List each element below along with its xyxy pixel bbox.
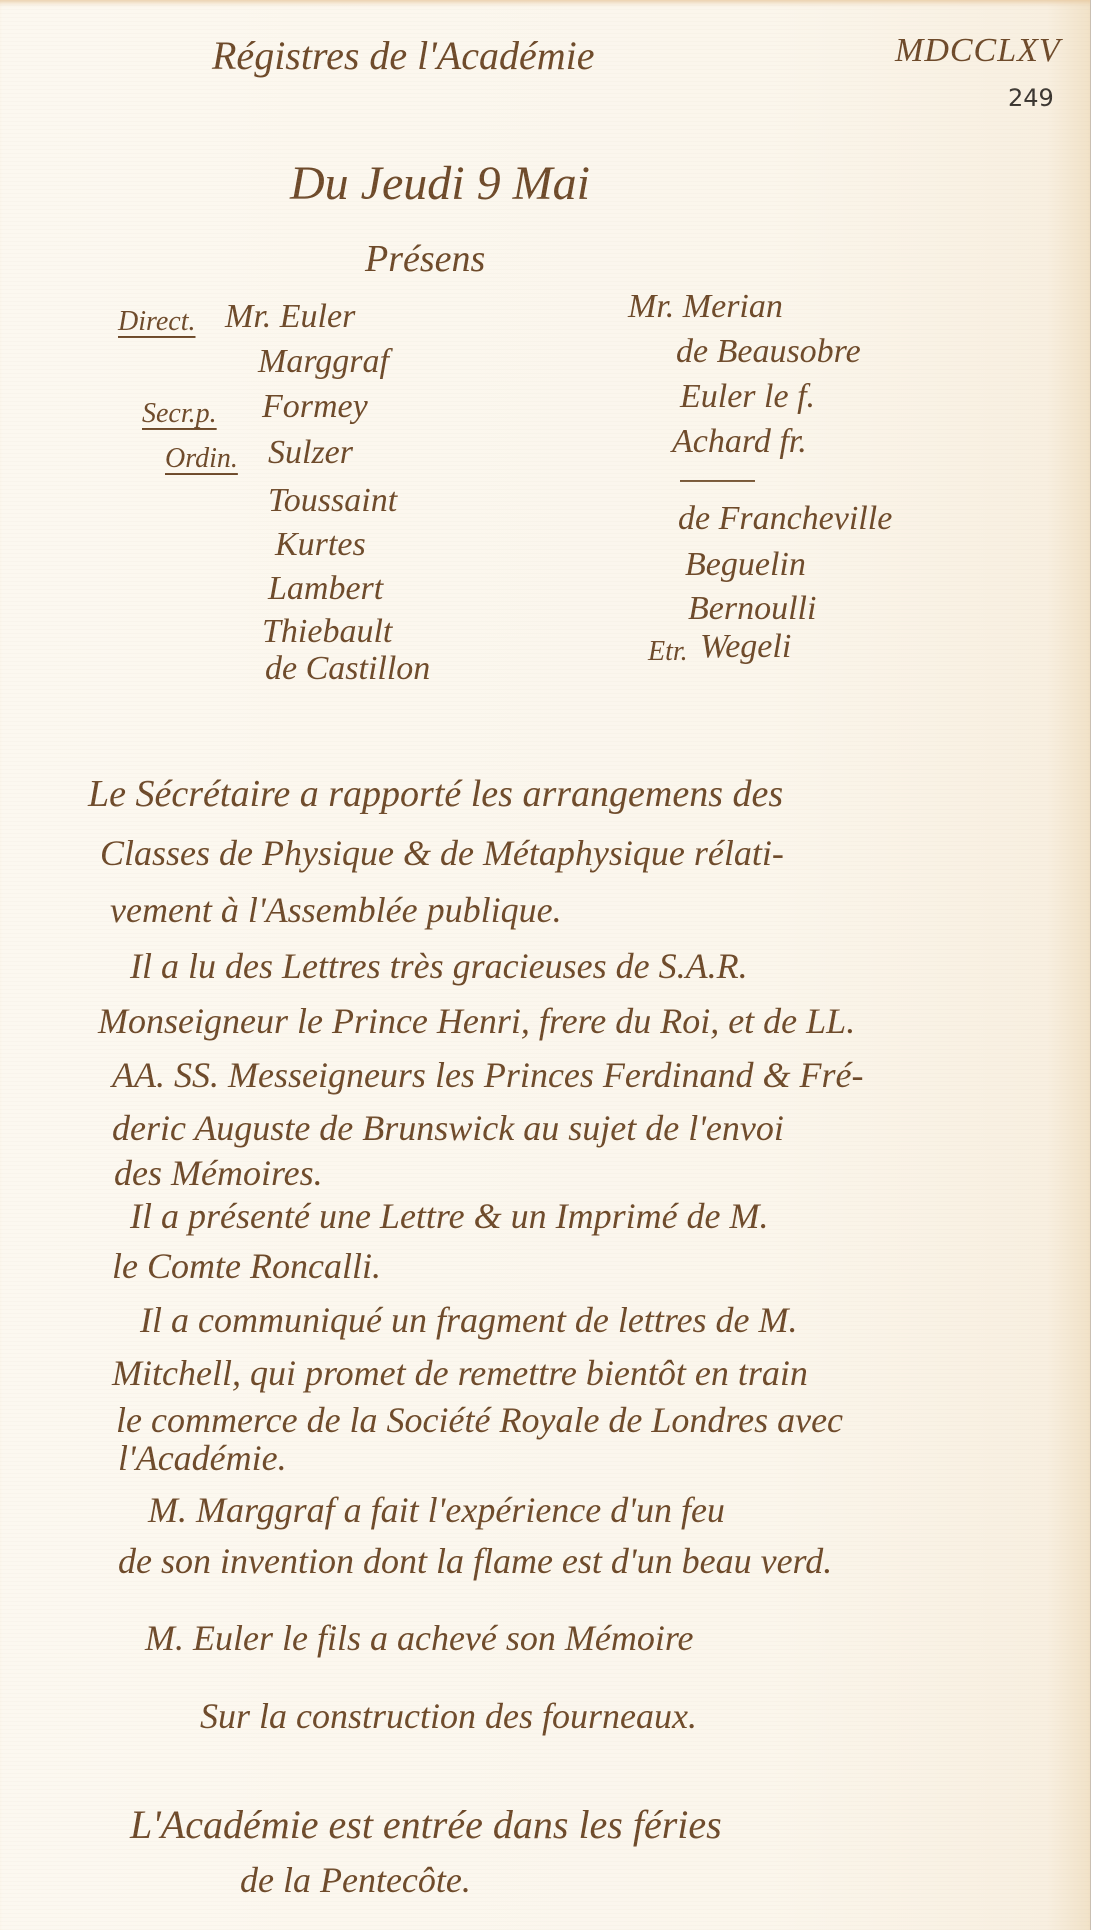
- attendee-name: Formey: [262, 390, 368, 424]
- year-roman: MDCCLXV: [895, 34, 1061, 68]
- minutes-line: L'Académie est entrée dans les féries: [130, 1805, 722, 1845]
- attendee-name: de Francheville: [678, 502, 892, 536]
- role-label: Etr.: [648, 638, 688, 666]
- attendee-name: Beguelin: [685, 548, 806, 582]
- minutes-line: Classes de Physique & de Métaphysique ré…: [100, 835, 784, 871]
- minutes-line: AA. SS. Messeigneurs les Princes Ferdina…: [112, 1057, 864, 1093]
- presens-heading: Présens: [365, 240, 485, 278]
- attendee-name: Lambert: [268, 572, 383, 606]
- minutes-line: Il a présenté une Lettre & un Imprimé de…: [130, 1198, 769, 1234]
- minutes-line: le commerce de la Société Royale de Lond…: [116, 1402, 843, 1438]
- attendee-name: Kurtes: [275, 528, 366, 562]
- minutes-line: des Mémoires.: [114, 1155, 323, 1191]
- folio-number: 249: [1008, 86, 1054, 110]
- role-label: Ordin.: [165, 445, 238, 473]
- attendee-name: Marggraf: [258, 345, 389, 379]
- minutes-line: vement à l'Assemblée publique.: [110, 892, 562, 928]
- attendee-name: Thiebault: [262, 615, 392, 649]
- attendee-name: Mr. Euler: [225, 300, 355, 334]
- minutes-line: Il a communiqué un fragment de lettres d…: [140, 1302, 798, 1338]
- minutes-line: Mitchell, qui promet de remettre bientôt…: [112, 1355, 808, 1391]
- attendee-name: de Beausobre: [676, 335, 861, 369]
- minutes-line: M. Marggraf a fait l'expérience d'un feu: [148, 1492, 725, 1528]
- minutes-line: Le Sécrétaire a rapporté les arrangemens…: [88, 775, 783, 813]
- meeting-date: Du Jeudi 9 Mai: [290, 160, 590, 208]
- manuscript-page: Régistres de l'Académie MDCCLXV 249 Du J…: [0, 0, 1091, 1930]
- attendee-name: Mr. Merian: [628, 290, 783, 324]
- minutes-line: Monseigneur le Prince Henri, frere du Ro…: [98, 1003, 855, 1039]
- minutes-line: Il a lu des Lettres très gracieuses de S…: [130, 948, 748, 984]
- minutes-line: deric Auguste de Brunswick au sujet de l…: [112, 1110, 784, 1146]
- attendee-name: Wegeli: [700, 630, 791, 664]
- divider-line: [680, 480, 755, 482]
- attendee-name: de Castillon: [265, 652, 430, 686]
- attendee-name: Bernoulli: [688, 592, 816, 626]
- attendee-name: Euler le f.: [680, 380, 815, 414]
- minutes-line: Sur la construction des fourneaux.: [200, 1698, 697, 1734]
- register-title: Régistres de l'Académie: [212, 36, 595, 76]
- minutes-line: de son invention dont la flame est d'un …: [118, 1543, 832, 1579]
- attendee-name: Sulzer: [268, 436, 353, 470]
- minutes-line: le Comte Roncalli.: [112, 1248, 381, 1284]
- role-label: Direct.: [118, 308, 196, 336]
- minutes-line: de la Pentecôte.: [240, 1862, 471, 1898]
- role-label: Secr.p.: [142, 400, 217, 428]
- minutes-line: M. Euler le fils a achevé son Mémoire: [145, 1620, 694, 1656]
- minutes-line: l'Académie.: [118, 1440, 287, 1476]
- attendee-name: Toussaint: [268, 484, 397, 518]
- attendee-name: Achard fr.: [672, 425, 807, 459]
